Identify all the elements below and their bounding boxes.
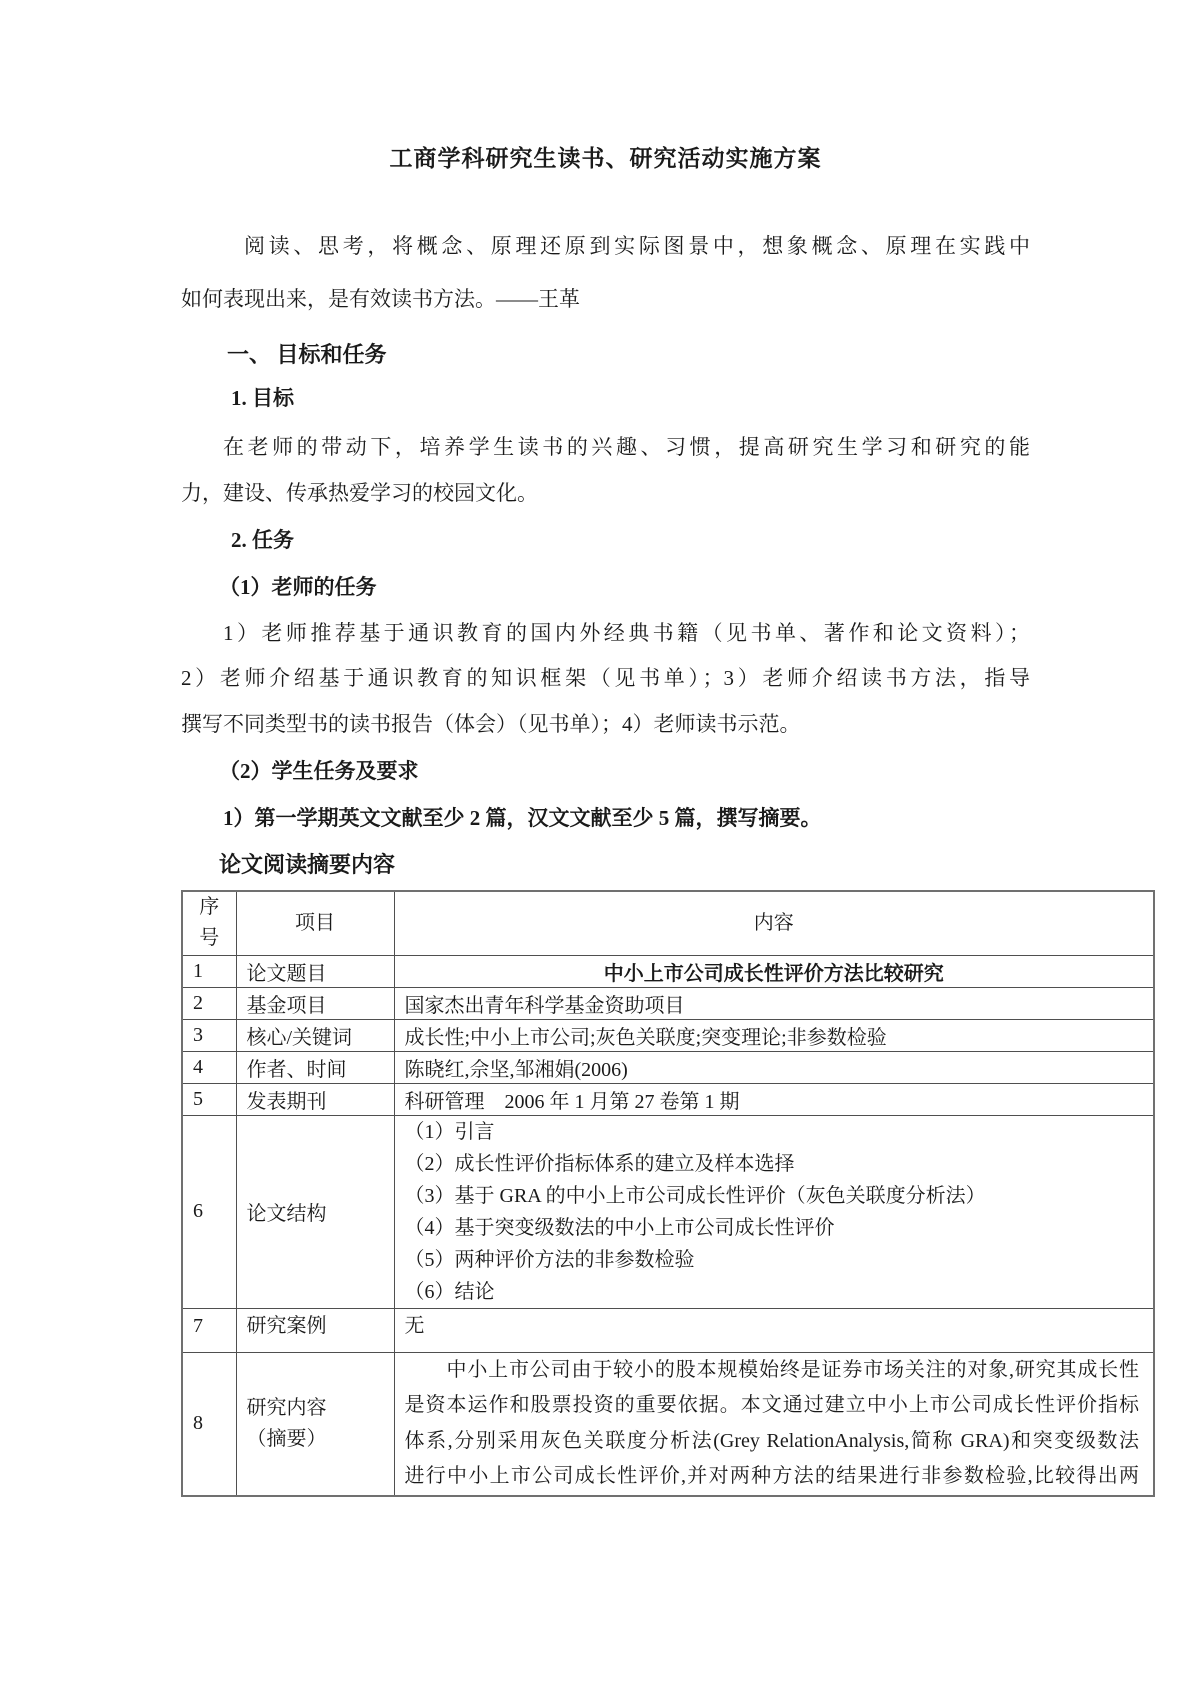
row-item-label: 作者、时间 (236, 1051, 394, 1083)
fund-project-value: 国家杰出青年科学基金资助项目 (394, 987, 1154, 1019)
teacher-task-line-1: 1）老师推荐基于通识教育的国内外经典书籍（见书单、著作和论文资料）； (181, 620, 1030, 646)
keywords-value: 成长性;中小上市公司;灰色关联度;突变理论;非参数检验 (394, 1019, 1154, 1051)
subheading-student-task: （2）学生任务及要求 (181, 758, 1030, 784)
goal-paragraph-line-1: 在老师的带动下，培养学生读书的兴趣、习惯，提高研究生学习和研究的能 (181, 434, 1030, 460)
structure-line: （6）结论 (405, 1276, 1140, 1308)
structure-line: （2）成长性评价指标体系的建立及样本选择 (405, 1148, 1140, 1180)
paper-summary-table: 序号 项目 内容 1 论文题目 中小上市公司成长性评价方法比较研究 2 基金项目… (181, 890, 1155, 1497)
table-row: 5 发表期刊 科研管理 2006 年 1 月第 27 卷第 1 期 (182, 1083, 1154, 1115)
subheading-goal: 1. 目标 (181, 385, 1030, 411)
row-no: 7 (182, 1308, 236, 1352)
student-task-requirement: 1）第一学期英文文献至少 2 篇，汉文文献至少 5 篇，撰写摘要。 (181, 805, 1030, 831)
abstract-line: 是资本运作和股票投资的重要依据。本文通过建立中小上市公司成长性评价指标 (405, 1388, 1140, 1424)
row-item-label: 研究案例 (236, 1308, 394, 1352)
header-cell-no: 序号 (182, 891, 236, 955)
structure-line: （3）基于 GRA 的中小上市公司成长性评价（灰色关联度分析法） (405, 1180, 1140, 1212)
section-heading-goals-tasks: 一、 目标和任务 (181, 342, 1030, 368)
abstract-line: 进行中小上市公司成长性评价,并对两种方法的结果进行非参数检验,比较得出两 (405, 1459, 1140, 1495)
row-item-label: 发表期刊 (236, 1083, 394, 1115)
table-row: 4 作者、时间 陈晓红,佘坚,邹湘娟(2006) (182, 1051, 1154, 1083)
row-item-label-line: 研究内容 (247, 1393, 394, 1424)
research-case-value: 无 (394, 1308, 1154, 1352)
abstract-line: 中小上市公司由于较小的股本规模始终是证券市场关注的对象,研究其成长性 (405, 1353, 1140, 1389)
abstract-line: 体系,分别采用灰色关联度分析法(Grey RelationAnalysis,简称… (405, 1424, 1140, 1460)
table-row: 8 研究内容 （摘要） 中小上市公司由于较小的股本规模始终是证券市场关注的对象,… (182, 1352, 1154, 1496)
table-header-row: 序号 项目 内容 (182, 891, 1154, 955)
row-no: 5 (182, 1083, 236, 1115)
row-no: 3 (182, 1019, 236, 1051)
journal-value: 科研管理 2006 年 1 月第 27 卷第 1 期 (394, 1083, 1154, 1115)
goal-paragraph-line-2: 力，建设、传承热爱学习的校园文化。 (181, 480, 1030, 506)
row-no: 1 (182, 955, 236, 987)
subheading-task: 2. 任务 (181, 527, 1030, 553)
table-row: 1 论文题目 中小上市公司成长性评价方法比较研究 (182, 955, 1154, 987)
table-row: 2 基金项目 国家杰出青年科学基金资助项目 (182, 987, 1154, 1019)
authors-value: 陈晓红,佘坚,邹湘娟(2006) (394, 1051, 1154, 1083)
row-no: 4 (182, 1051, 236, 1083)
page-title: 工商学科研究生读书、研究活动实施方案 (181, 140, 1030, 173)
quote-line-1: 阅读、思考，将概念、原理还原到实际图景中，想象概念、原理在实践中 (181, 233, 1030, 259)
header-cell-item: 项目 (236, 891, 394, 955)
row-item-label: 基金项目 (236, 987, 394, 1019)
teacher-task-line-3: 撰写不同类型书的读书报告（体会）（见书单）；4）老师读书示范。 (181, 711, 1030, 737)
structure-line: （4）基于突变级数法的中小上市公司成长性评价 (405, 1212, 1140, 1244)
structure-line: （5）两种评价方法的非参数检验 (405, 1244, 1140, 1276)
document-page: { "page": { "background": "#ffffff", "te… (0, 0, 1190, 1683)
table-caption: 论文阅读摘要内容 (181, 852, 1030, 878)
paper-structure-value: （1）引言 （2）成长性评价指标体系的建立及样本选择 （3）基于 GRA 的中小… (394, 1115, 1154, 1308)
row-no: 8 (182, 1352, 236, 1496)
structure-line: （1）引言 (405, 1116, 1140, 1148)
paper-title-value: 中小上市公司成长性评价方法比较研究 (394, 955, 1154, 987)
teacher-task-line-2: 2）老师介绍基于通识教育的知识框架（见书单）；3）老师介绍读书方法，指导 (181, 665, 1030, 691)
row-no: 2 (182, 987, 236, 1019)
table-row: 6 论文结构 （1）引言 （2）成长性评价指标体系的建立及样本选择 （3）基于 … (182, 1115, 1154, 1308)
header-cell-content: 内容 (394, 891, 1154, 955)
row-item-label: 论文结构 (236, 1115, 394, 1308)
row-item-label: 核心/关键词 (236, 1019, 394, 1051)
abstract-value: 中小上市公司由于较小的股本规模始终是证券市场关注的对象,研究其成长性 是资本运作… (394, 1352, 1154, 1496)
row-item-label: 研究内容 （摘要） (236, 1352, 394, 1496)
subheading-teacher-task: （1）老师的任务 (181, 574, 1030, 600)
row-item-label: 论文题目 (236, 955, 394, 987)
row-item-label-line: （摘要） (247, 1424, 394, 1455)
table-row: 3 核心/关键词 成长性;中小上市公司;灰色关联度;突变理论;非参数检验 (182, 1019, 1154, 1051)
header-no-label: 序号 (197, 892, 221, 954)
row-no: 6 (182, 1115, 236, 1308)
quote-line-2: 如何表现出来，是有效读书方法。——王革 (181, 286, 1030, 312)
table-row: 7 研究案例 无 (182, 1308, 1154, 1352)
